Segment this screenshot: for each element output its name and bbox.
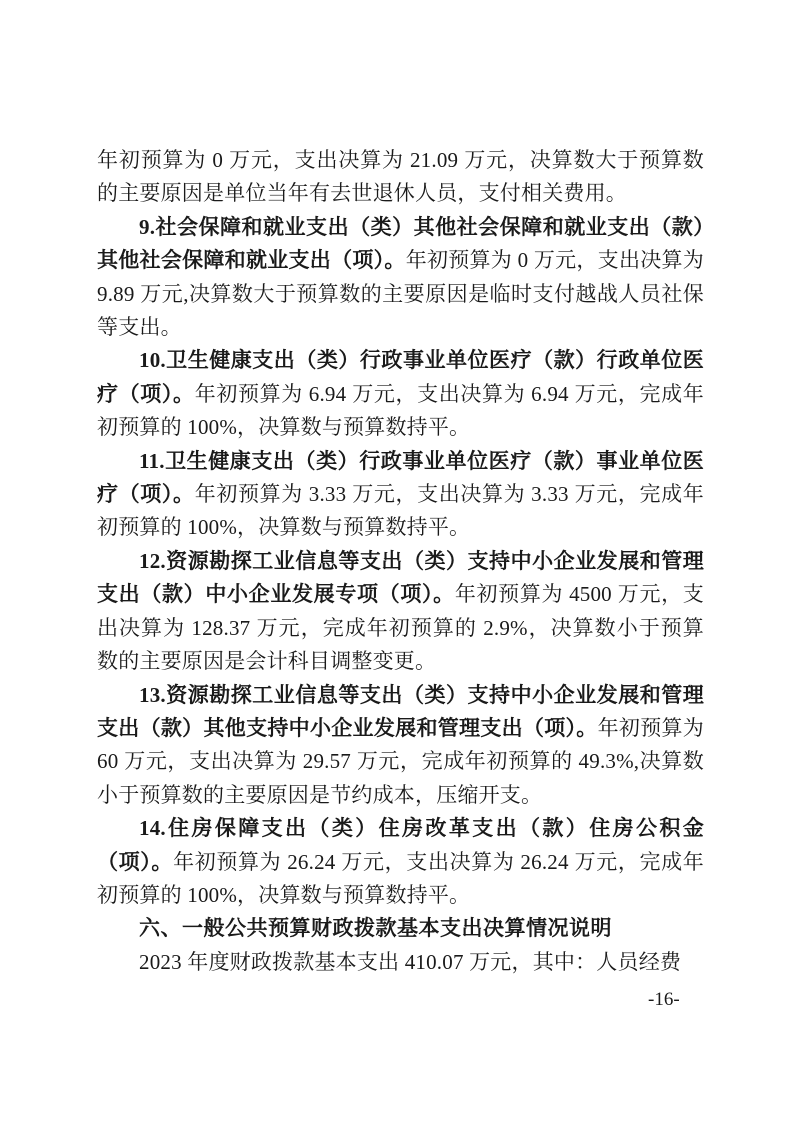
paragraph-closing: 2023 年度财政拨款基本支出 410.07 万元，其中：人员经费 (97, 946, 704, 979)
paragraph-item-9: 9.社会保障和就业支出（类）其他社会保障和就业支出（款）其他社会保障和就业支出（… (97, 211, 704, 345)
paragraph-item-8-continuation: 年初预算为 0 万元，支出决算为 21.09 万元，决算数大于预算数的主要原因是… (97, 144, 704, 211)
document-content: 年初预算为 0 万元，支出决算为 21.09 万元，决算数大于预算数的主要原因是… (97, 144, 704, 979)
paragraph-item-10: 10.卫生健康支出（类）行政事业单位医疗（款）行政单位医疗（项）。年初预算为 6… (97, 344, 704, 444)
paragraph-item-11: 11.卫生健康支出（类）行政事业单位医疗（款）事业单位医疗（项）。年初预算为 3… (97, 445, 704, 545)
paragraph-item-12: 12.资源勘探工业信息等支出（类）支持中小企业发展和管理支出（款）中小企业发展专… (97, 545, 704, 679)
paragraph-item-14: 14.住房保障支出（类）住房改革支出（款）住房公积金（项）。年初预算为 26.2… (97, 812, 704, 912)
page-number: -16- (648, 989, 680, 1011)
section-heading: 六、一般公共预算财政拨款基本支出决算情况说明 (97, 912, 704, 945)
paragraph-item-13: 13.资源勘探工业信息等支出（类）支持中小企业发展和管理支出（款）其他支持中小企… (97, 679, 704, 813)
item-14-body: 年初预算为 26.24 万元，支出决算为 26.24 万元，完成年初预算的 10… (97, 850, 704, 907)
document-page: 年初预算为 0 万元，支出决算为 21.09 万元，决算数大于预算数的主要原因是… (0, 0, 793, 1122)
closing-text: 2023 年度财政拨款基本支出 410.07 万元，其中：人员经费 (139, 950, 681, 974)
paragraph-text: 年初预算为 0 万元，支出决算为 21.09 万元，决算数大于预算数的主要原因是… (97, 148, 704, 205)
